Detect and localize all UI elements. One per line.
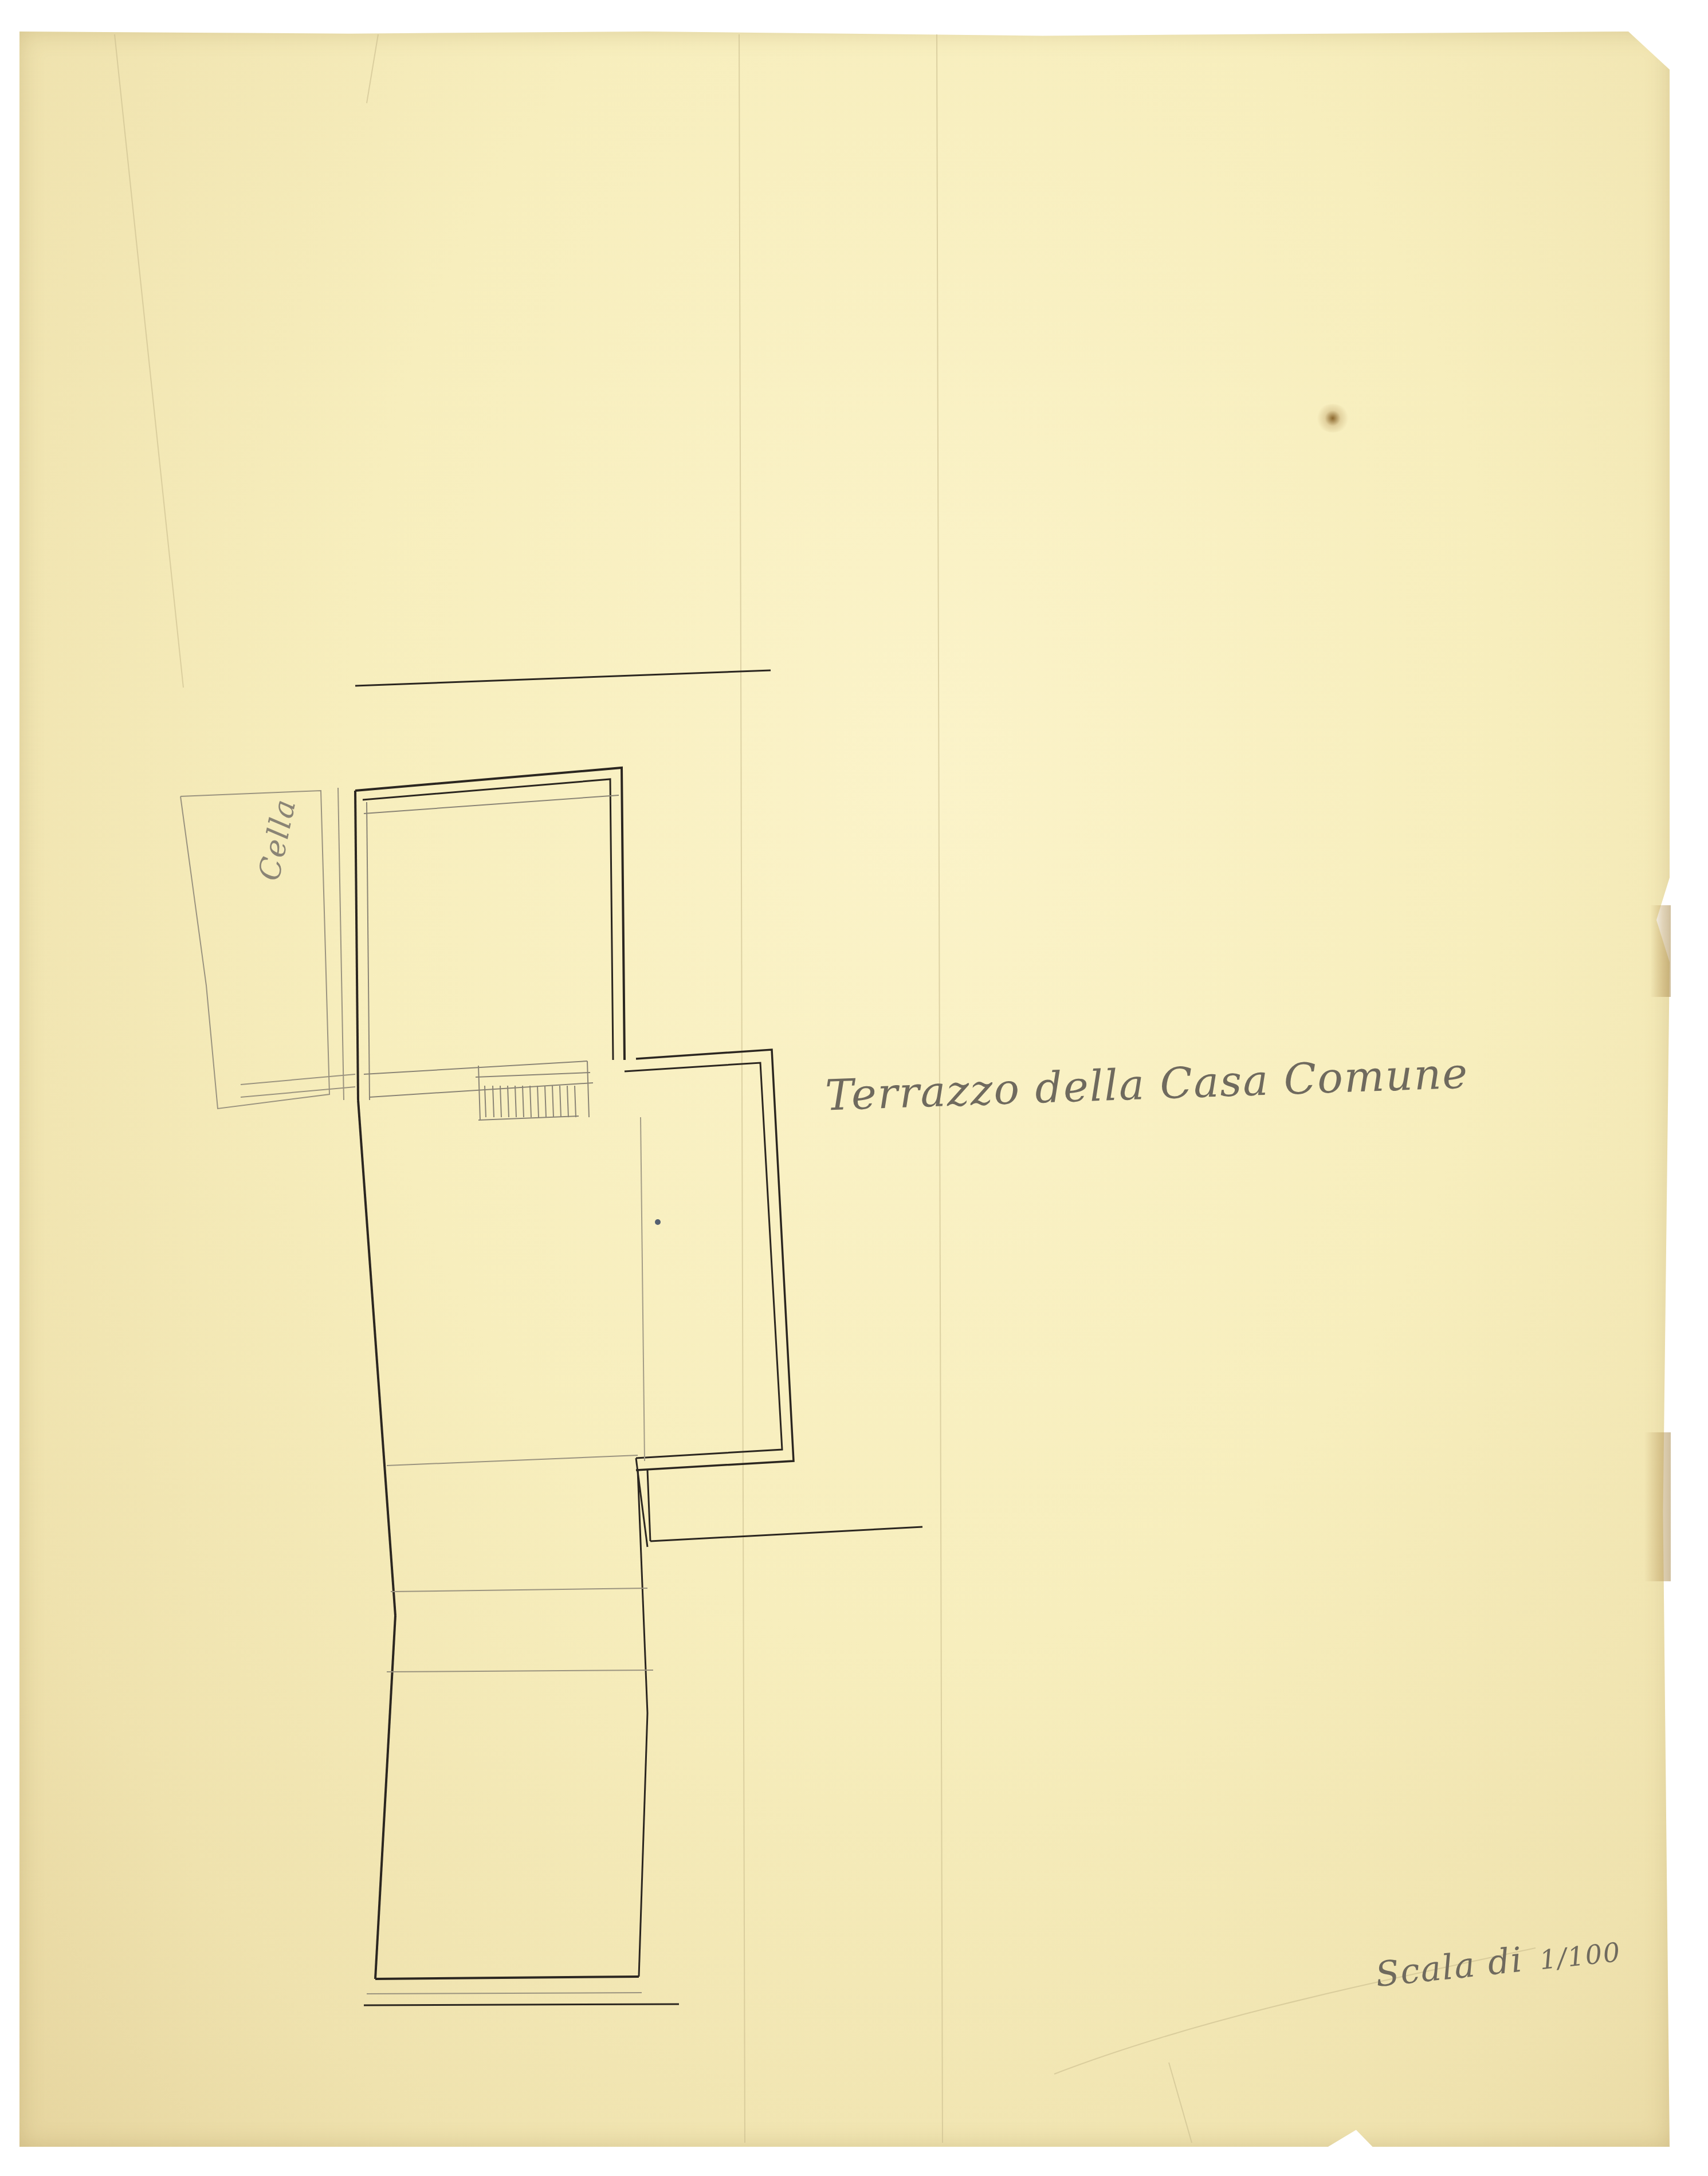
- right-wing: [625, 1050, 922, 1547]
- top-room: [355, 768, 625, 1100]
- top-reference-line: [355, 670, 771, 686]
- stair-hatch: [364, 1061, 593, 1120]
- scale-fraction: 1/100: [1538, 1937, 1622, 1976]
- hall-subdivisions: [367, 1455, 653, 1994]
- reference-dot: [655, 1219, 661, 1225]
- lower-hall: [358, 1100, 647, 1979]
- interior-division: [641, 1117, 645, 1461]
- bottom-base-line: [364, 2004, 679, 2005]
